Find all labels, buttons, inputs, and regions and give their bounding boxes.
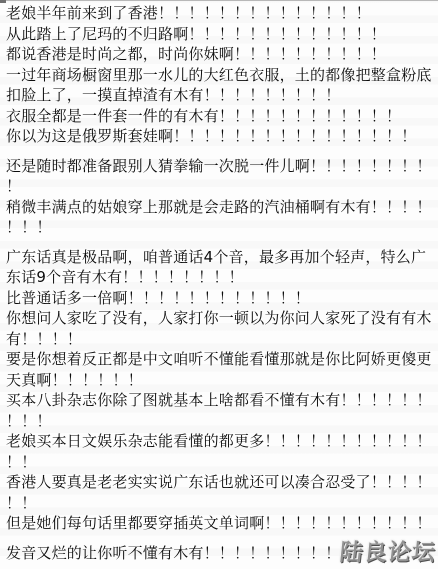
text-line: 香港人要真是老老实实说广东话也就还可以凑合忍受了！！！！ bbox=[6, 472, 434, 493]
text-line: 天真啊！！！！！！ bbox=[6, 370, 434, 391]
text-line: 买本八卦杂志你除了图就基本上啥都看不懂有木有！！！！！！ bbox=[6, 390, 434, 411]
text-line: ！ bbox=[6, 176, 434, 197]
text-line: ！！！ bbox=[6, 411, 434, 432]
paragraph-3: 广东话真是极品啊，咱普通话4个音，最多再加个轻声，特么广 东话9个音有木有！！！… bbox=[6, 247, 434, 534]
text-line: 广东话真是极品啊，咱普通话4个音，最多再加个轻声，特么广 bbox=[6, 247, 434, 268]
text-line: 老娘买本日文娱乐杂志能看懂的都更多！！！！！！！！！！！！ bbox=[6, 431, 434, 452]
text-content: 老娘半年前来到了香港！！！！！！！！！！！！！！ 从此踏上了尼玛的不归路啊！！！… bbox=[0, 0, 438, 563]
text-line: 衣服全都是一件套一件的有木有！！！！！！！！！！！！ bbox=[6, 106, 434, 127]
text-line: 老娘半年前来到了香港！！！！！！！！！！！！！！ bbox=[6, 3, 434, 24]
forum-watermark-logo: 陆良论坛 bbox=[338, 534, 437, 567]
text-line: 还是随时都准备跟别人猜拳输一次脱一件儿啊！！！！！！！！ bbox=[6, 156, 434, 177]
text-line: 东话9个音有木有！！！！！！！！ bbox=[6, 267, 434, 288]
text-line: 稍微丰满点的姑娘穿上那就是会走路的汽油桶啊有木有！！！！ bbox=[6, 197, 434, 218]
text-line: 比普通话多一倍啊！！！！！！！！！！！！ bbox=[6, 288, 434, 309]
text-line: 一过年商场橱窗里那一水儿的大红色衣服，土的都像把整盒粉底 bbox=[6, 65, 434, 86]
text-line: 有！！！！ bbox=[6, 329, 434, 350]
text-line: 但是她们每句话里都要穿插英文单词啊！！！！！！！！！！！！ bbox=[6, 513, 434, 534]
paragraph-1: 老娘半年前来到了香港！！！！！！！！！！！！！！ 从此踏上了尼玛的不归路啊！！！… bbox=[6, 3, 434, 147]
text-line: 从此踏上了尼玛的不归路啊！！！！！！！！！！！！！ bbox=[6, 24, 434, 45]
text-line: 你以为这是俄罗斯套娃啊！！！！！！！！！！！！！！！！ bbox=[6, 126, 434, 147]
text-line: ！！ bbox=[6, 452, 434, 473]
text-line: ！！！ bbox=[6, 217, 434, 238]
text-line: 都说香港是时尚之都，时尚你妹啊！！！！！！！！！！ bbox=[6, 44, 434, 65]
paragraph-2: 还是随时都准备跟别人猜拳输一次脱一件儿啊！！！！！！！！ ！ 稍微丰满点的姑娘穿… bbox=[6, 156, 434, 238]
text-line: 扣脸上了，一摸直掉渣有木有！！！！！！！！！ bbox=[6, 85, 434, 106]
text-line: ！！ bbox=[6, 493, 434, 514]
text-line: 要是你想着反正都是中文咱听不懂能看懂那就是你比阿娇更傻更 bbox=[6, 349, 434, 370]
text-line: 你想问人家吃了没有，人家打你一顿以为你问人家死了没有有木 bbox=[6, 308, 434, 329]
